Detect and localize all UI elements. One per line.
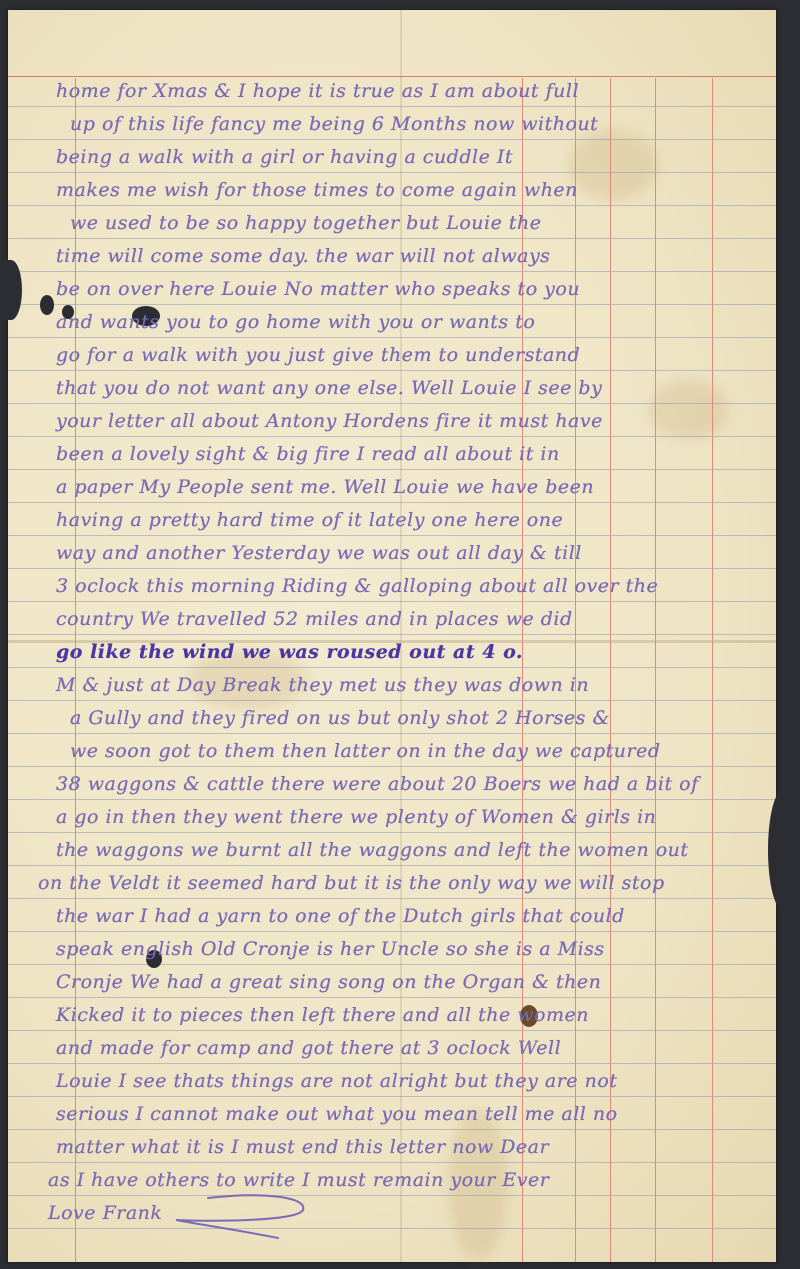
letter-line: way and another Yesterday we was out all…	[56, 542, 582, 564]
letter-line: Kicked it to pieces then left there and …	[56, 1004, 589, 1026]
letter-line: a paper My People sent me. Well Louie we…	[56, 476, 594, 498]
letter-line: that you do not want any one else. Well …	[56, 377, 602, 399]
letter-line: the waggons we burnt all the waggons and…	[56, 839, 689, 861]
signature-flourish	[168, 1190, 328, 1240]
letter-line: time will come some day. the war will no…	[56, 245, 550, 267]
letter-line: a go in then they went there we plenty o…	[56, 806, 656, 828]
letter-line: matter what it is I must end this letter…	[56, 1136, 549, 1158]
letter-line: speak english Old Cronje is her Uncle so…	[56, 938, 605, 960]
letter-line: having a pretty hard time of it lately o…	[56, 509, 563, 531]
letter-line: country We travelled 52 miles and in pla…	[56, 608, 573, 630]
letter-line: go like the wind we was roused out at 4 …	[56, 641, 523, 663]
letter-line: Cronje We had a great sing song on the O…	[56, 971, 601, 993]
letter-line: home for Xmas & I hope it is true as I a…	[56, 80, 579, 102]
letter-signoff: Love Frank	[48, 1202, 162, 1224]
letter-line: your letter all about Antony Hordens fir…	[56, 410, 603, 432]
letter-line: and wants you to go home with you or wan…	[56, 311, 535, 333]
letter-line: up of this life fancy me being 6 Months …	[70, 113, 598, 135]
letter-line: we soon got to them then latter on in th…	[70, 740, 660, 762]
letter-line: be on over here Louie No matter who spea…	[56, 278, 580, 300]
letter-line: makes me wish for those times to come ag…	[56, 179, 578, 201]
letter-page: home for Xmas & I hope it is true as I a…	[8, 10, 776, 1262]
letter-line: been a lovely sight & big fire I read al…	[56, 443, 560, 465]
letter-line: M & just at Day Break they met us they w…	[56, 674, 589, 696]
letter-line: as I have others to write I must remain …	[48, 1169, 549, 1191]
letter-line: we used to be so happy together but Loui…	[70, 212, 542, 234]
letter-line: Louie I see thats things are not alright…	[56, 1070, 617, 1092]
letter-line: the war I had a yarn to one of the Dutch…	[56, 905, 625, 927]
letter-body: home for Xmas & I hope it is true as I a…	[8, 10, 776, 1262]
letter-line: 3 oclock this morning Riding & galloping…	[56, 575, 658, 597]
letter-line: a Gully and they fired on us but only sh…	[70, 707, 610, 729]
letter-line: being a walk with a girl or having a cud…	[56, 146, 513, 168]
letter-line: on the Veldt it seemed hard but it is th…	[38, 872, 665, 894]
letter-line: go for a walk with you just give them to…	[56, 344, 580, 366]
letter-line: serious I cannot make out what you mean …	[56, 1103, 618, 1125]
letter-line: and made for camp and got there at 3 ocl…	[56, 1037, 561, 1059]
letter-line: 38 waggons & cattle there were about 20 …	[56, 773, 699, 795]
